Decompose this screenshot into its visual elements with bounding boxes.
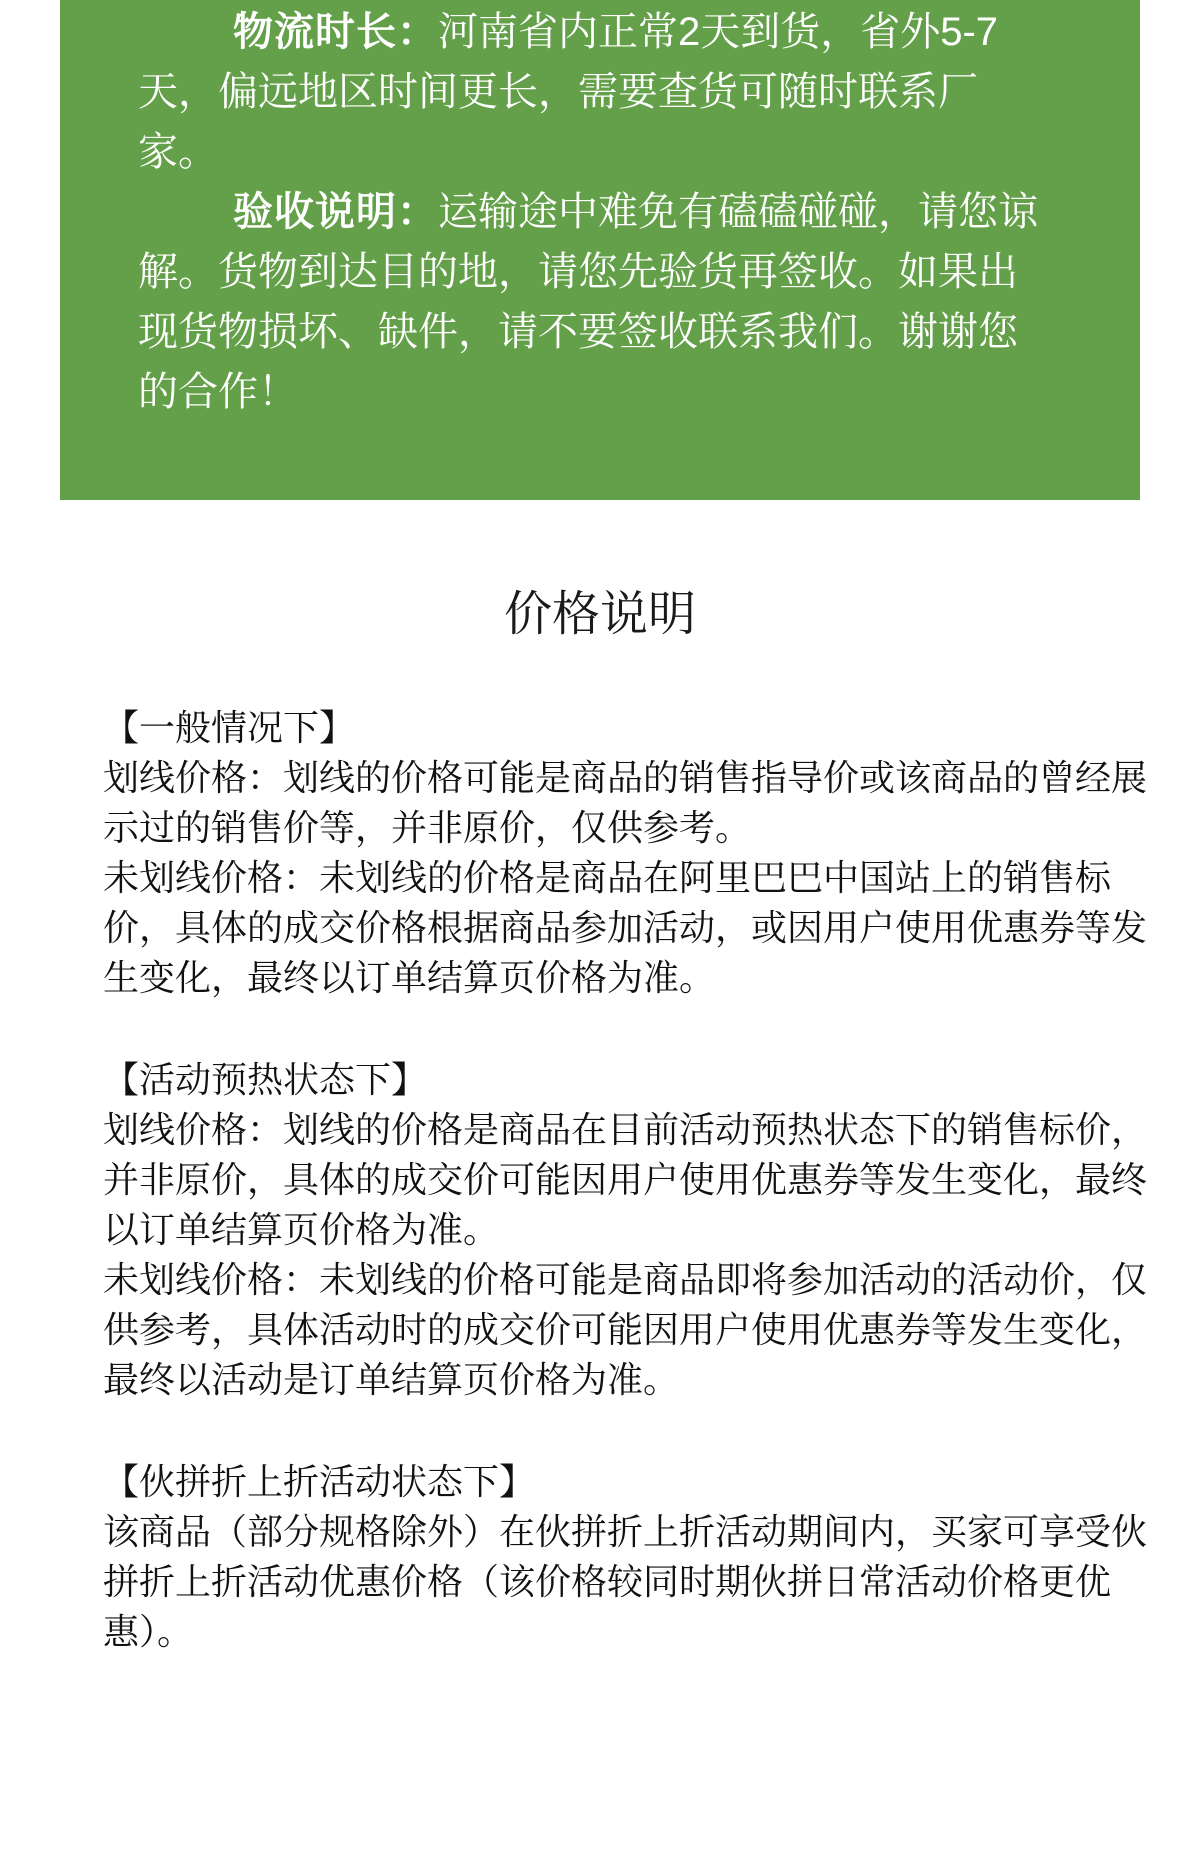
price-section-general: 【一般情况下】 划线价格：划线的价格可能是商品的销售指导价或该商品的曾经展 示过… [103,703,1173,1003]
shipping-time-paragraph: 物流时长：河南省内正常2天到货，省外5-7 天，偏远地区时间更长，需要查货可随时… [138,2,1085,182]
price-section-preheat-heading: 【活动预热状态下】 [103,1055,1173,1105]
price-section-general-text: 划线价格：划线的价格可能是商品的销售指导价或该商品的曾经展 示过的销售价等，并非… [103,753,1173,1003]
price-section-huopin-heading: 【伙拼折上折活动状态下】 [103,1457,1173,1507]
price-section-general-heading: 【一般情况下】 [103,703,1173,753]
price-notes-body: 【一般情况下】 划线价格：划线的价格可能是商品的销售指导价或该商品的曾经展 示过… [103,703,1173,1657]
price-section-huopin-text: 该商品（部分规格除外）在伙拼折上折活动期间内，买家可享受伙 拼折上折活动优惠价格… [103,1507,1173,1657]
product-detail-page: 物流时长：河南省内正常2天到货，省外5-7 天，偏远地区时间更长，需要查货可随时… [0,0,1200,1852]
acceptance-heading: 验收说明： [233,190,438,234]
price-section-preheat: 【活动预热状态下】 划线价格：划线的价格是商品在目前活动预热状态下的销售标价， … [103,1055,1173,1405]
price-notes-title: 价格说明 [0,589,1200,641]
price-section-huopin: 【伙拼折上折活动状态下】 该商品（部分规格除外）在伙拼折上折活动期间内，买家可享… [103,1457,1173,1657]
acceptance-paragraph: 验收说明：运输途中难免有磕磕碰碰，请您谅 解。货物到达目的地，请您先验货再签收。… [138,182,1085,422]
shipping-time-heading: 物流时长： [233,10,438,54]
shipping-notice-banner: 物流时长：河南省内正常2天到货，省外5-7 天，偏远地区时间更长，需要查货可随时… [60,0,1140,500]
price-section-preheat-text: 划线价格：划线的价格是商品在目前活动预热状态下的销售标价， 并非原价，具体的成交… [103,1105,1173,1405]
